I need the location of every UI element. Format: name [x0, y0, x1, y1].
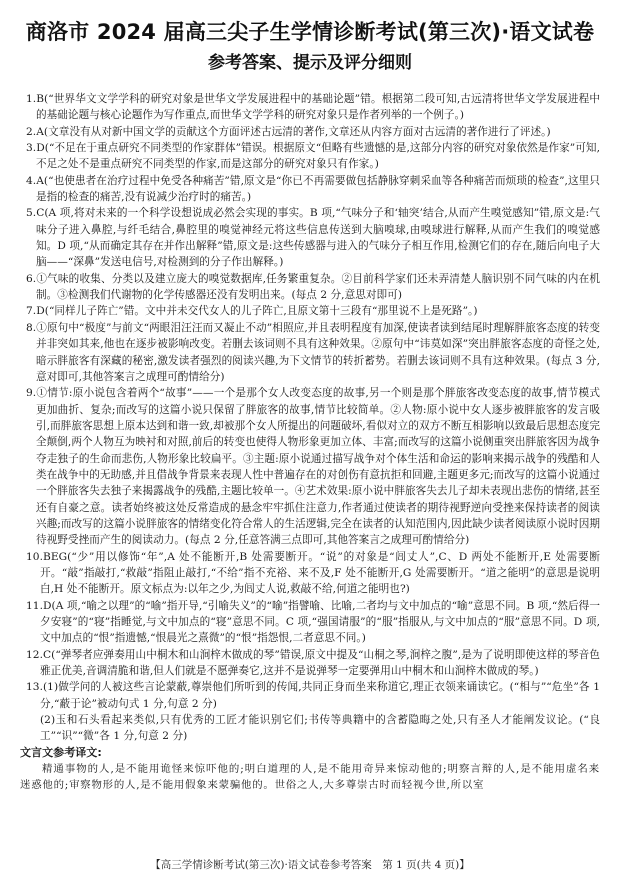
answer-number: 3.: [26, 142, 36, 154]
page-footer: 【高三学情诊断考试(第三次)·语文试卷参考答案 第 1 页(共 4 页)】: [0, 857, 620, 872]
translation-heading: 文言文参考译文:: [20, 745, 600, 761]
answer-number: 4.: [26, 175, 36, 187]
answer-item-4: 4.A(“也使患者在治疗过程中免受各种痛苦”错,原文是“你已不再需要做包括静脉穿…: [26, 173, 600, 206]
answer-item-12: 12.C(“弹琴者应弹奏用山中桐木和山涧梓木做成的琴”错误,原文中提及“山桐之琴…: [26, 647, 600, 680]
answer-item-10: 10.BEG(“少”用以修饰“年”,A 处不能断开,B 处需要断开。“说”的对象…: [26, 549, 600, 598]
answer-text: D(A 项,“喻之以理”的“喻”指开导,“引喻失义”的“喻”指譬喻、比喻,二者均…: [40, 600, 600, 645]
answer-number: 12.: [26, 649, 43, 661]
answer-text: D(“同样儿子阵亡”错。文中并未交代女人的儿子阵亡,且原文第十三段有“那里说不上…: [36, 305, 477, 317]
answer-text: B(“世界华文文学学科的研究对象是世华文学发展进程中的基础论题”错。根据第二段可…: [36, 93, 600, 121]
answer-text: C(A 项,将对未来的一个科学设想说成必然会实现的事实。B 项,“气味分子和‘轴…: [36, 207, 600, 268]
answer-item-6: 6.①气味的收集、分类以及建立庞大的嗅觉数据库,任务繁重复杂。②目前科学家们还未…: [26, 271, 600, 304]
answer-text: (1)做学问的人被这些言论蒙蔽,尊崇他们所听到的传闻,共同正身而坐来称道它,理正…: [40, 681, 600, 709]
translation-text: 精通事物的人,是不能用诡怪来惊吓他的;明白道理的人,是不能用奇异来惊动他的;明察…: [20, 761, 600, 794]
answer-number: 13.: [26, 681, 43, 693]
answer-text: A(“也使患者在治疗过程中免受各种痛苦”错,原文是“你已不再需要做包括静脉穿刺采…: [36, 175, 600, 203]
answer-item-5: 5.C(A 项,将对未来的一个科学设想说成必然会实现的事实。B 项,“气味分子和…: [26, 205, 600, 270]
answer-number: 11.: [26, 600, 43, 612]
answer-list: 1.B(“世界华文文学学科的研究对象是世华文学发展进程中的基础论题”错。根据第二…: [26, 91, 600, 794]
answer-number: 9.: [26, 387, 36, 399]
answer-number: 7.: [26, 305, 36, 317]
answer-item-7: 7.D(“同样儿子阵亡”错。文中并未交代女人的儿子阵亡,且原文第十三段有“那里说…: [26, 303, 600, 319]
document-title: 商洛市 2024 届高三尖子生学情诊断考试(第三次)·语文试卷: [0, 16, 620, 46]
answer-text: A(文章没有从对新中国文学的贡献这个方面评述古远清的著作,文章还从内容方面对古远…: [36, 126, 550, 138]
answer-number: 5.: [26, 207, 36, 219]
answer-item-2: 2.A(文章没有从对新中国文学的贡献这个方面评述古远清的著作,文章还从内容方面对…: [26, 124, 600, 140]
answer-item-3: 3.D(“不足在于重点研究不同类型的作家群体”错误。根据原文“但略有些遗憾的是,…: [26, 140, 600, 173]
document-subtitle: 参考答案、提示及评分细则: [0, 48, 620, 73]
answer-number: 2.: [26, 126, 36, 138]
answer-number: 1.: [26, 93, 36, 105]
answer-number: 8.: [26, 322, 36, 334]
answer-text: ①原句中“极度”与前文“两眼泪汪汪而又凝止不动”相照应,并且表明程度有加深,使读…: [36, 322, 600, 383]
answer-text: BEG(“少”用以修饰“年”,A 处不能断开,B 处需要断开。“说”的对象是“闾…: [40, 551, 600, 596]
answer-item-1: 1.B(“世界华文文学学科的研究对象是世华文学发展进程中的基础论题”错。根据第二…: [26, 91, 600, 124]
answer-number: 10.: [26, 551, 43, 563]
answer-item-13-part2: (2)玉和石头看起来类似,只有优秀的工匠才能识别它们;书传等典籍中的含蓄隐晦之处…: [26, 712, 600, 745]
answer-item-9: 9.①情节:原小说包含着两个“故事”——一个是那个女人改变态度的故事,另一个则是…: [26, 385, 600, 548]
answer-text: ①情节:原小说包含着两个“故事”——一个是那个女人改变态度的故事,另一个则是那个…: [36, 387, 600, 546]
answer-item-8: 8.①原句中“极度”与前文“两眼泪汪汪而又凝止不动”相照应,并且表明程度有加深,…: [26, 320, 600, 385]
answer-item-11: 11.D(A 项,“喻之以理”的“喻”指开导,“引喻失义”的“喻”指譬喻、比喻,…: [26, 598, 600, 647]
answer-text: D(“不足在于重点研究不同类型的作家群体”错误。根据原文“但略有些遗憾的是,这部…: [36, 142, 600, 170]
answer-number: 6.: [26, 273, 36, 285]
answer-text: C(“弹琴者应弹奏用山中桐木和山涧梓木做成的琴”错误,原文中提及“山桐之琴,涧梓…: [40, 649, 600, 677]
answer-item-13: 13.(1)做学问的人被这些言论蒙蔽,尊崇他们所听到的传闻,共同正身而坐来称道它…: [26, 679, 600, 712]
answer-text: ①气味的收集、分类以及建立庞大的嗅觉数据库,任务繁重复杂。②目前科学家们还未弄清…: [36, 273, 600, 301]
